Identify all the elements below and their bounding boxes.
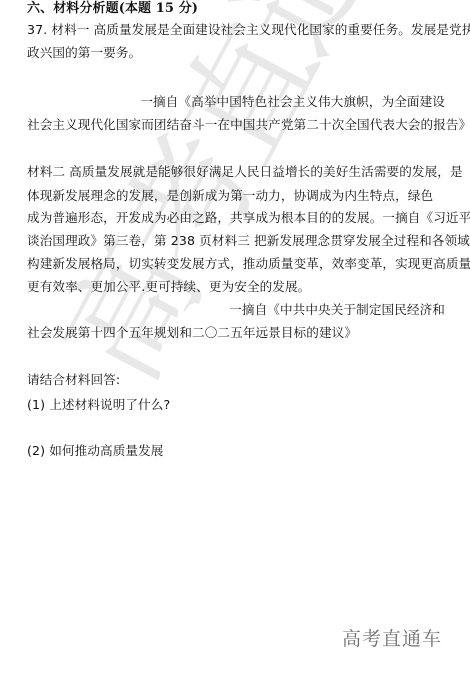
material2-citation-line1: 一摘自《中共中央关于制定国民经济和 — [229, 302, 445, 318]
answer-prompt: 请结合材料回答: — [27, 372, 120, 388]
material2-line2: 体现新发展理念的发展，是创新成为第一动力，协调成为内生特点，绿色 — [27, 188, 433, 204]
material2-line6: 更有效率、更加公平.更可持续、更为安全的发展。 — [27, 279, 310, 295]
material2-line1: 材料二 高质量发展就是能够很好满足人民日益增长的美好生活需要的发展，是 — [27, 164, 463, 180]
material2-line3: 成为普遍形态，开发成为必由之路，共享成为根本目的的发展。一摘自《习近平 — [27, 210, 470, 226]
material1-citation-line2: 社会主义现代化国家而团结奋斗一在中国共产党第二十次全国代表大会的报告》 — [27, 117, 470, 133]
material2-citation-line2: 社会发展第十四个五年规划和二〇二五年远景目标的建议》 — [27, 325, 357, 341]
material1-line1: 37. 材料一 高质量发展是全面建设社会主义现代化国家的重要任务。发展是党执 — [27, 22, 470, 38]
footer-brand-watermark: 高考直通车 — [342, 624, 442, 651]
material1-line2: 政兴国的第一要务。 — [27, 45, 141, 61]
material2-line5: 构建新发展格局，切实转变发展方式，推动质量变革，效率变革，实现更高质量， — [27, 256, 470, 272]
material1-citation-line1: 一摘自《高举中国特色社会主义伟大旗帜，为全面建设 — [140, 94, 445, 110]
section-title: 六、材料分析题(本题 15 分) — [27, 1, 198, 17]
question-1: (1) 上述材料说明了什么? — [27, 397, 170, 413]
material2-line4: 谈治国理政》第三卷，第 238 页材料三 把新发展理念贯穿发展全过程和各领域， — [27, 233, 470, 249]
question-2: (2) 如何推动高质量发展 — [27, 443, 164, 459]
